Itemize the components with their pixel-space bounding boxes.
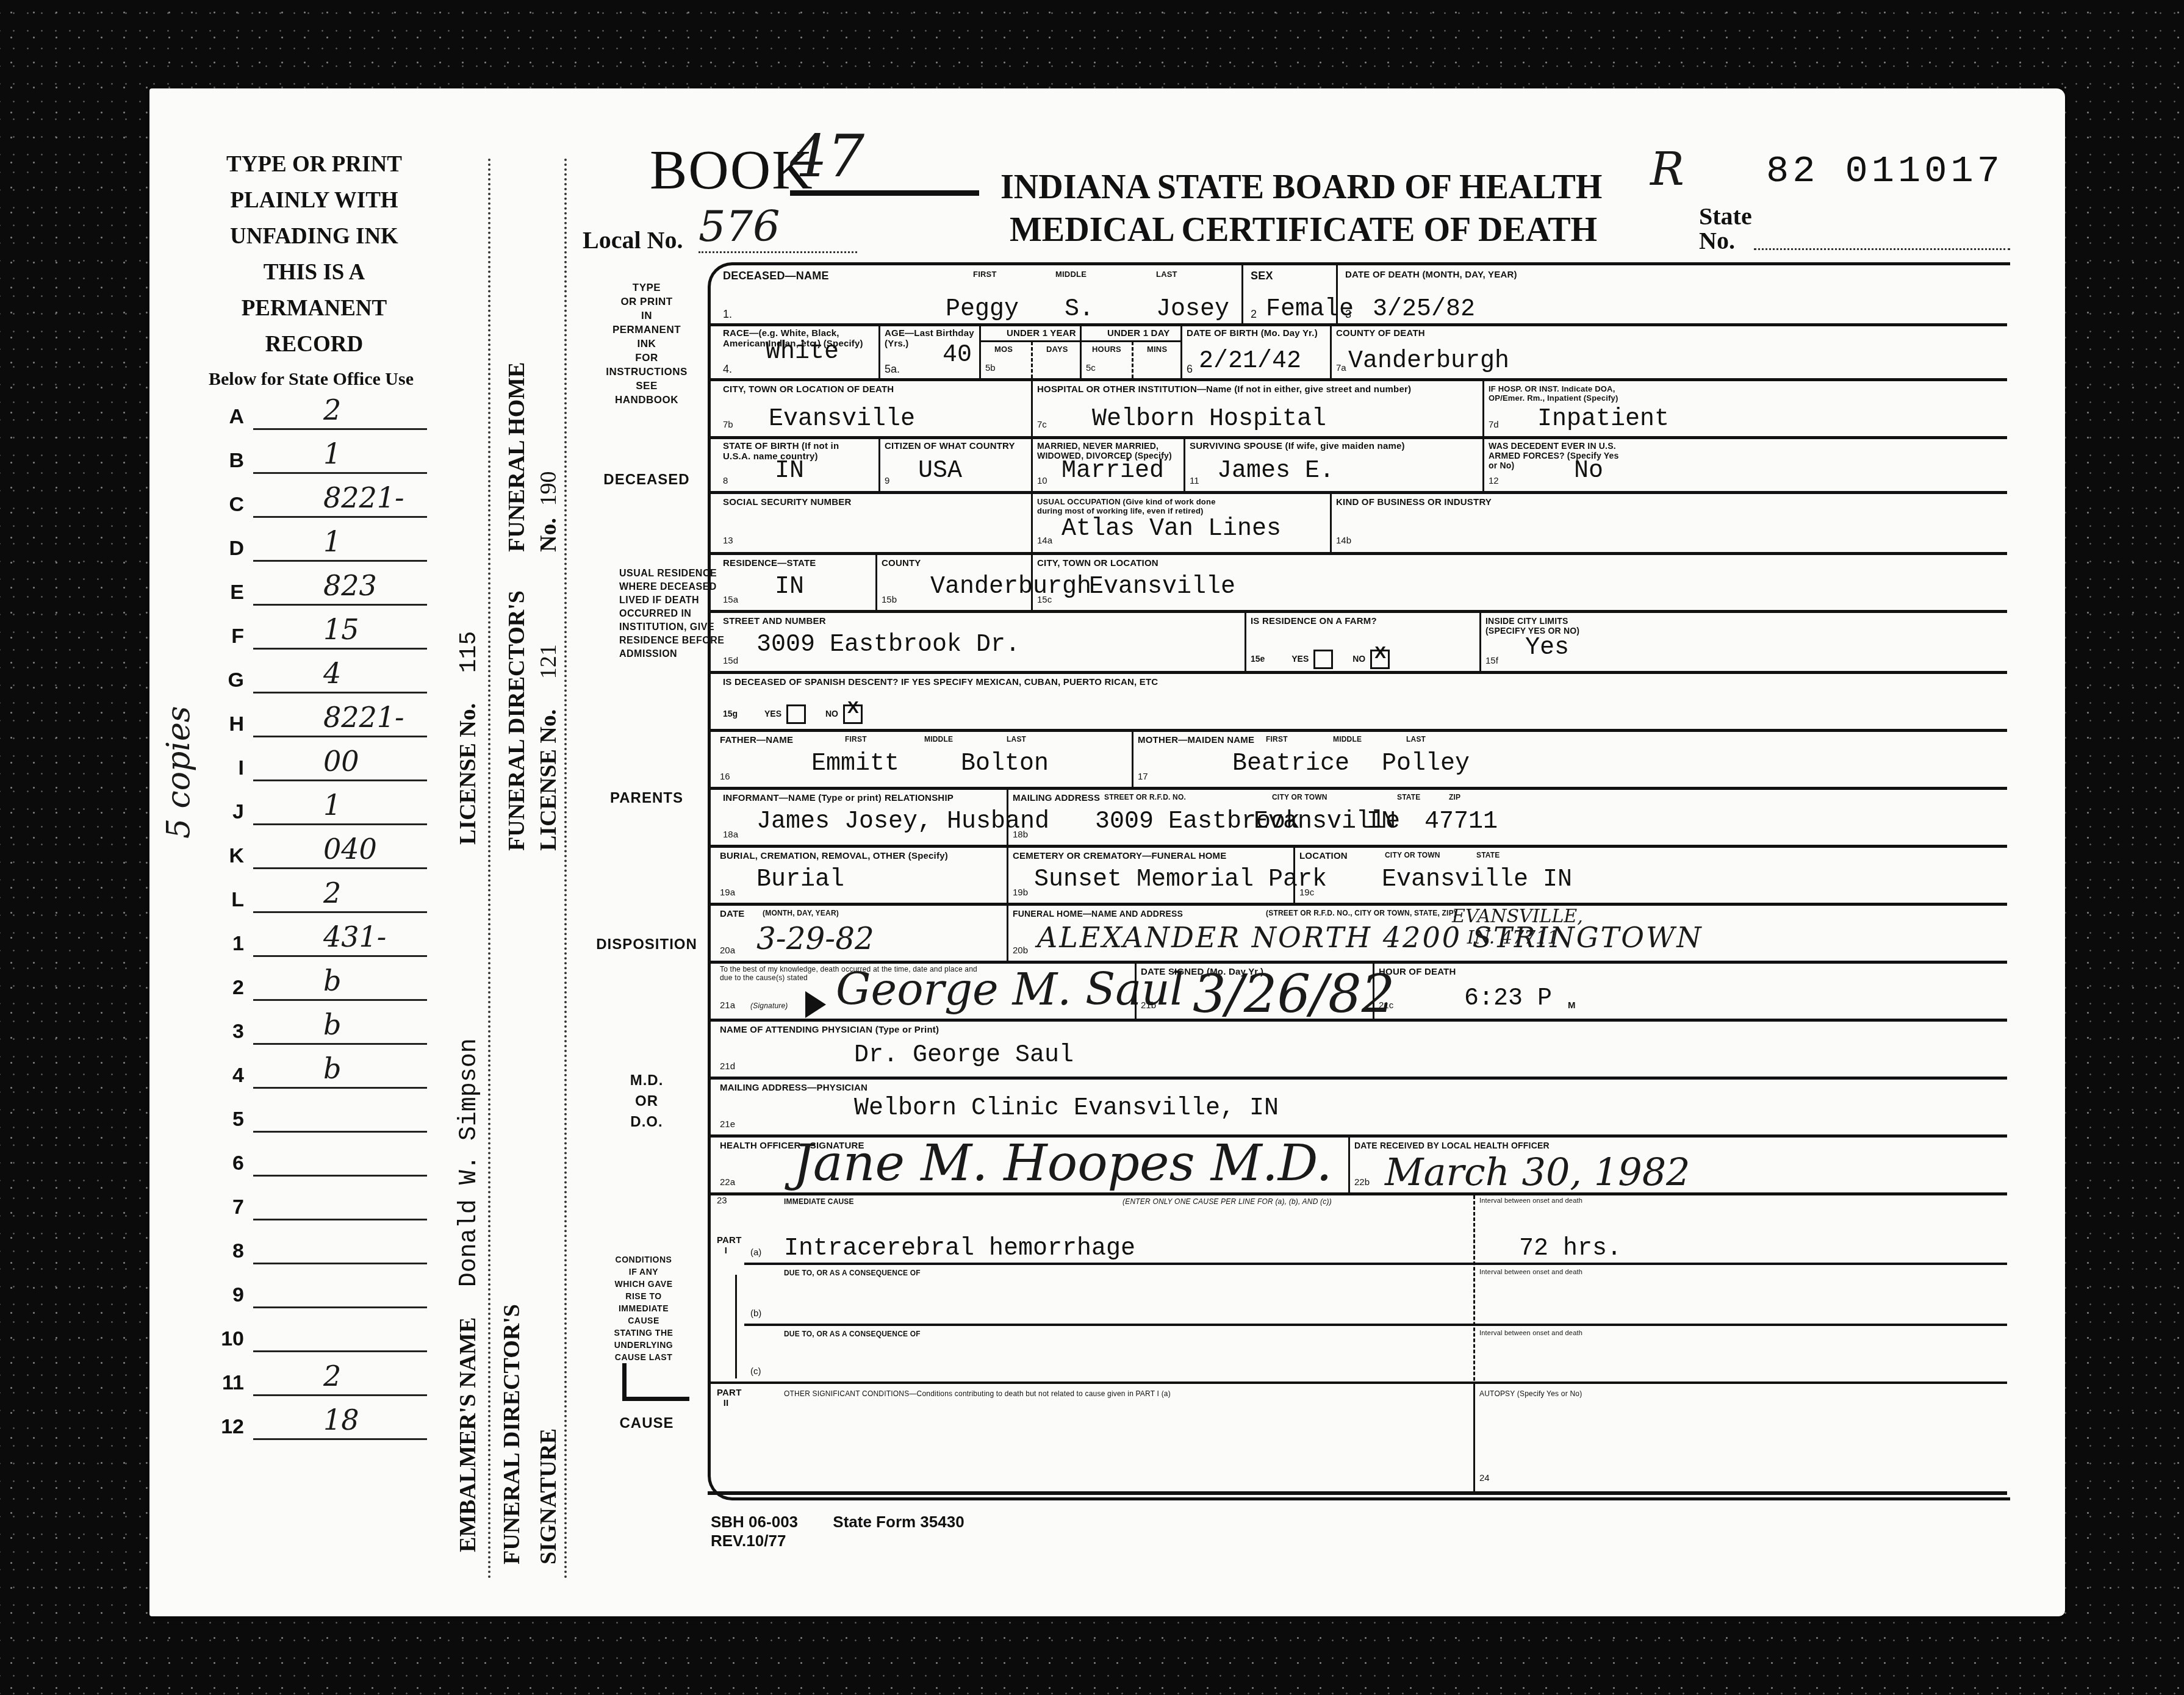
fields-cause-b-label-text: (b) (750, 1308, 761, 1319)
funeral-home-city[interactable]: EVANSVILLE, IN. 47711 (1452, 906, 1574, 948)
section-labels-conditions-note-2-text: WHICH GAVE (577, 1278, 711, 1290)
state-of-birth[interactable]: IN (775, 457, 804, 485)
state-office-row: A2 (207, 393, 427, 430)
fields-hosp-status-label-text: IF HOSP. OR INST. Indicate DOA, OP/Emer.… (1489, 384, 1623, 403)
fields-autopsy-label-text: AUTOPSY (Specify Yes or No) (1479, 1389, 1582, 1398)
date-of-birth[interactable]: 2/21/42 (1199, 348, 1301, 375)
fields-certifier-num-text: 21a (720, 1000, 735, 1011)
residence-street[interactable]: 3009 Eastbrook Dr. (756, 631, 1020, 659)
attending-physician[interactable]: Dr. George Saul (854, 1042, 1074, 1069)
fields-citizen-num-text: 9 (885, 476, 889, 486)
signature-arrow-icon (805, 991, 826, 1018)
funeral-director-label: FUNERAL DIRECTOR'S (503, 590, 530, 851)
fields-spanish-no-label-text: NO (825, 709, 838, 718)
certifier-signature[interactable]: George M. Saul (836, 964, 1184, 1015)
section-deceased: DECEASED (577, 471, 717, 489)
section-labels-conditions-note-8-text: CAUSE LAST (577, 1351, 711, 1363)
state-office-row: E823 (207, 569, 427, 606)
instructions-note: TYPEOR PRINTINPERMANENTINKFORINSTRUCTION… (577, 281, 717, 407)
fields-spanish-label-text: IS DECEASED OF SPANISH DESCENT? IF YES S… (723, 677, 1158, 687)
section-labels-instructions-6-text: INSTRUCTIONS (577, 365, 717, 379)
section-parents: PARENTS (577, 790, 717, 807)
fields-cause-a-label-text: (a) (750, 1247, 761, 1258)
state-no-stamp[interactable]: 82 011017 (1766, 149, 2003, 193)
date-received[interactable]: March 30, 1982 (1385, 1150, 1690, 1194)
fields-sex-label-text: SEX (1251, 270, 1273, 282)
fields-cause-due-to-label-text: DUE TO, OR AS A CONSEQUENCE OF (784, 1269, 921, 1277)
deceased-first-name[interactable]: Peggy (946, 296, 1019, 323)
fields-date-of-birth-label-text: DATE OF BIRTH (Mo. Day Yr.) (1187, 328, 1318, 339)
section-labels-instructions-3-text: PERMANENT (577, 323, 717, 337)
fields-mailing-num-text: 18b (1013, 830, 1028, 840)
fields-disp-date-label-text: DATE (720, 909, 745, 919)
funeral-director-license: LICENSE No. 121 (535, 644, 562, 851)
fields-under-1-day-num-text: 5c (1086, 363, 1096, 373)
fields-cause-interval-label-text: Interval between onset and death (1479, 1197, 1582, 1205)
left-column-state-office-rows-5-value-text[interactable]: 15 (323, 613, 359, 646)
fields-funeral-home-num-text: 20b (1013, 945, 1028, 956)
vertical-fields-fd-license-no-text[interactable]: 121 (536, 644, 561, 679)
fields-hospital-label-text: HOSPITAL OR OTHER INSTITUTION—Name (If n… (1037, 384, 1411, 395)
state-office-row: 1431- (207, 920, 427, 957)
fields-disp-date-num-text: 20a (720, 945, 735, 956)
state-office-row: 3b (207, 1008, 427, 1045)
fields-physician-address-num-text: 21e (720, 1119, 735, 1130)
fields-sex-num-text: 2 (1251, 308, 1257, 321)
fields-date-of-death-label-text: DATE OF DEATH (MONTH, DAY, YEAR) (1345, 270, 1517, 280)
left-column-state-office-rows-0-value-text[interactable]: 2 (323, 393, 341, 426)
arrow-right-icon (622, 1397, 689, 1401)
deceased-middle-name[interactable]: S. (1065, 296, 1094, 323)
surviving-spouse[interactable]: James E. (1217, 457, 1334, 485)
embalmer-license-label: LICENSE No. 115 (454, 631, 483, 845)
left-column-state-office-rows-22-key-text: 11 (195, 1371, 244, 1395)
title-line-2: MEDICAL CERTIFICATE OF DEATH (1010, 210, 1597, 249)
fields-hour-of-death-num-text: 21c (1379, 1000, 1393, 1011)
fields-ssn-num-text: 13 (723, 536, 733, 546)
state-office-row: C8221- (207, 481, 427, 518)
fields-citizen-label-text: CITIZEN OF WHAT COUNTRY (885, 441, 1015, 451)
left-column-state-office-rows-10-value-text[interactable]: 040 (323, 833, 377, 865)
hour-of-death[interactable]: 6:23 P (1464, 985, 1552, 1012)
left-column-state-office-rows-13-key-text: 2 (195, 976, 244, 1000)
fields-mailing-city-label-text: CITY OR TOWN (1272, 793, 1327, 801)
vertical-fields-embalmer-label-text: EMBALMER'S NAME (455, 1317, 481, 1552)
fields-under-1-year-num-text: 5b (985, 363, 996, 373)
father-last-name[interactable]: Bolton (961, 750, 1049, 778)
section-labels-conditions-note-3-text: RISE TO (577, 1290, 711, 1302)
fields-location-label-text: LOCATION (1299, 851, 1348, 861)
certificate-form: DECEASED—NAME FIRST MIDDLE LAST 1. Peggy… (708, 262, 2010, 1497)
left-column-state-office-rows-10-key-text: K (195, 844, 244, 868)
left-column-notice-1-text: PLAINLY WITH (204, 182, 424, 218)
fields-father-middle-label-text: MIDDLE (924, 735, 953, 744)
fields-location-num-text: 19c (1299, 887, 1314, 898)
section-disposition: DISPOSITION (577, 936, 717, 953)
left-column-state-office-rows-9-key-text: J (195, 800, 244, 824)
fields-cemetery-num-text: 19b (1013, 887, 1028, 898)
disposition-type[interactable]: Burial (756, 866, 844, 894)
fields-disp-date-sub-label-text: (MONTH, DAY, YEAR) (763, 909, 839, 917)
section-labels-conditions-note-0-text: CONDITIONS (577, 1253, 711, 1266)
section-labels-instructions-4-text: INK (577, 337, 717, 351)
hospital-field[interactable]: Welborn Hospital (1092, 406, 1326, 433)
state-office-row: F15 (207, 613, 427, 650)
fields-under-1-day-mins-label-text: MINS (1147, 345, 1167, 354)
left-column-state-office-rows-9-value-text[interactable]: 1 (323, 789, 341, 822)
citizenship[interactable]: USA (918, 457, 962, 485)
left-column-notice-3-text: THIS IS A (204, 254, 424, 290)
residence-city[interactable]: Evansville (1089, 573, 1235, 601)
fields-occupation-label-text: USUAL OCCUPATION (Give kind of work done… (1037, 497, 1238, 515)
section-labels-instructions-5-text: FOR (577, 351, 717, 365)
left-column-state-office-rows-12-key-text: 1 (195, 932, 244, 956)
left-column-state-office-rows-12-value-text[interactable]: 431- (323, 920, 386, 953)
local-no[interactable]: 576 (699, 201, 857, 253)
left-column-notice-0-text: TYPE OR PRINT (204, 146, 424, 182)
left-column-state-office-rows-14-value-text[interactable]: b (323, 1008, 341, 1041)
fields-hour-of-death-suffix-text: M (1568, 1000, 1576, 1011)
death-certificate-page: TYPE OR PRINT PLAINLY WITH UNFADING INK … (149, 88, 2065, 1616)
fields-city-of-death-label-text: CITY, TOWN OR LOCATION OF DEATH (723, 384, 894, 395)
fields-res-county-num-text: 15b (882, 595, 897, 605)
book-number[interactable]: 47 (790, 122, 979, 196)
fields-date-received-label-text: DATE RECEIVED BY LOCAL HEALTH OFFICER (1354, 1141, 1550, 1150)
state-office-row: K040 (207, 833, 427, 869)
farm-yes-checkbox[interactable] (1313, 650, 1333, 669)
margin-note: 5 copies (160, 706, 197, 839)
fields-res-state-num-text: 15a (723, 595, 738, 605)
left-column-state-office-rows-1-value-text[interactable]: 1 (323, 437, 341, 470)
left-column-state-office-rows-3-key-text: D (195, 537, 244, 561)
funeral-home-label: FUNERAL HOME (503, 362, 530, 552)
state-office-row: 5 (207, 1096, 427, 1133)
fields-informant-label-text: INFORMANT—NAME (Type or print) (723, 793, 882, 803)
date-of-death[interactable]: 3/25/82 (1373, 296, 1475, 323)
fields-cause-num-text: 23 (717, 1195, 727, 1206)
fields-occupation-num-text: 14a (1037, 536, 1052, 546)
fields-physician-address-label-text: MAILING ADDRESS—PHYSICIAN (720, 1083, 867, 1093)
fields-spanish-yes-label-text: YES (764, 709, 781, 718)
informant-state[interactable]: IN (1367, 808, 1396, 836)
date-signed[interactable]: 3/26/82 (1193, 964, 1395, 1025)
left-column-state-office-rows-7-value-text[interactable]: 8221- (323, 701, 404, 734)
farm-no-checkbox[interactable] (1370, 650, 1390, 669)
fields-business-label-text: KIND OF BUSINESS OR INDUSTRY (1336, 497, 1492, 507)
fields-location-city-label-text: CITY OR TOWN (1385, 851, 1440, 859)
book-label: BOOK (650, 137, 814, 202)
fields-date-of-death-num-text: 3 (1345, 308, 1351, 321)
left-column-state-office-rows-22-value-text[interactable]: 2 (323, 1360, 341, 1392)
fields-county-of-death-label-text: COUNTY OF DEATH (1336, 328, 1425, 339)
state-office-row: 9 (207, 1272, 427, 1308)
embalmer-name-label: EMBALMER'S NAME Donald W. Simpson (454, 1038, 483, 1552)
perforation-line (564, 159, 567, 1580)
left-column-state-office-rows-2-value-text[interactable]: 8221- (323, 481, 404, 514)
header-state-no-label-1-text: State (1699, 204, 1752, 229)
left-column-state-office-rows-7-key-text: H (195, 712, 244, 736)
left-column-state-office-rows-8-value-text[interactable]: 00 (323, 745, 359, 778)
county-of-death[interactable]: Vanderburgh (1348, 348, 1509, 375)
section-labels-conditions-note-5-text: CAUSE (577, 1314, 711, 1327)
fields-age-num-text: 5a. (885, 363, 900, 376)
fields-mailing-street-label-text: STREET OR R.F.D. NO. (1104, 793, 1186, 801)
fields-farm-no-label-text: NO (1352, 654, 1365, 664)
fields-under-1-day-hours-label-text: HOURS (1092, 345, 1121, 354)
left-column-state-office-rows-11-value-text[interactable]: 2 (323, 876, 341, 909)
section-labels-md-0-text: M.D. (577, 1070, 717, 1091)
fields-informant-rel-label-text: RELATIONSHIP (885, 793, 954, 803)
section-labels-conditions-note-7-text: UNDERLYING (577, 1339, 711, 1351)
signature-label: SIGNATURE (535, 1428, 562, 1564)
informant-zip[interactable]: 47711 (1424, 808, 1498, 836)
fields-farm-label-text: IS RESIDENCE ON A FARM? (1251, 616, 1377, 626)
armed-forces[interactable]: No (1574, 457, 1603, 485)
fields-deceased-name-middle-label-text: MIDDLE (1055, 270, 1087, 279)
form-revision: REV.10/77 (711, 1532, 964, 1550)
state-office-row: I00 (207, 745, 427, 781)
section-labels-md-1-text: OR (577, 1091, 717, 1112)
health-officer-signature[interactable]: Jane M. Hoopes M.D. (793, 1134, 1332, 1192)
spanish-yes-checkbox[interactable] (786, 704, 806, 724)
state-office-row: 4b (207, 1052, 427, 1089)
left-column-state-office-rows-16-key-text: 5 (195, 1108, 244, 1131)
spanish-checkboxes: 15g YES NO (723, 704, 867, 724)
age-field[interactable]: 40 (943, 342, 972, 369)
state-office-row: 7 (207, 1184, 427, 1220)
state-office-row: B1 (207, 437, 427, 474)
section-labels-conditions-note-4-text: IMMEDIATE (577, 1302, 711, 1314)
left-column-state-office-rows-3-value-text[interactable]: 1 (323, 525, 341, 558)
fields-race-num-text: 4. (723, 363, 732, 376)
fields-disposition-type-label-text: BURIAL, CREMATION, REMOVAL, OTHER (Speci… (720, 851, 948, 861)
state-office-row: 8 (207, 1228, 427, 1264)
fields-mother-first-label-text: FIRST (1266, 735, 1288, 744)
disposition-date[interactable]: 3-29-82 (756, 921, 874, 956)
fields-autopsy-num-text: 24 (1479, 1473, 1490, 1483)
form-footer: SBH 06-003 State Form 35430 REV.10/77 (711, 1513, 964, 1550)
fields-cause-immediate-label-text: IMMEDIATE CAUSE (784, 1197, 854, 1206)
fields-city-of-death-num-text: 7b (723, 420, 733, 430)
fields-county-of-death-num-text: 7a (1336, 363, 1346, 373)
father-first-name[interactable]: Emmitt (811, 750, 899, 778)
vertical-fields-funeral-home-no-text[interactable]: 190 (536, 471, 561, 506)
left-column-state-office-rows-15-key-text: 4 (195, 1064, 244, 1088)
section-labels-conditions-note-1-text: IF ANY (577, 1266, 711, 1278)
fields-mother-last-label-text: LAST (1406, 735, 1426, 744)
fields-cause-c-label-text: (c) (750, 1366, 761, 1377)
fields-under-1-year-days-label-text: DAYS (1046, 345, 1068, 354)
fields-father-first-label-text: FIRST (845, 735, 867, 744)
deceased-last-name[interactable]: Josey (1156, 296, 1229, 323)
conditions-note: CONDITIONSIF ANYWHICH GAVERISE TOIMMEDIA… (577, 1253, 711, 1363)
left-column-state-office-rows-13-value-text[interactable]: b (323, 964, 341, 997)
vertical-fields-license-label-text: LICENSE No. (455, 703, 481, 845)
fields-spouse-label-text: SURVIVING SPOUSE (If wife, give maiden n… (1190, 441, 1405, 451)
race-field[interactable]: White (766, 339, 839, 366)
fields-mother-label-text: MOTHER—MAIDEN NAME (1138, 735, 1254, 745)
permanent-record-notice: TYPE OR PRINT PLAINLY WITH UNFADING INK … (204, 146, 424, 362)
state-office-row: 2b (207, 964, 427, 1001)
fields-deceased-name-label-text: DECEASED—NAME (723, 270, 829, 282)
fields-cause-due-to-label-text: DUE TO, OR AS A CONSEQUENCE OF (784, 1330, 921, 1338)
marital-status[interactable]: Married (1061, 457, 1164, 485)
residence-state[interactable]: IN (775, 573, 804, 601)
farm-checkboxes: 15e YES NO (1251, 650, 1395, 669)
spanish-no-checkbox[interactable] (843, 704, 863, 724)
fields-city-limits-num-text: 15f (1485, 656, 1498, 666)
cause-a-interval[interactable]: 72 hrs. (1519, 1235, 1622, 1263)
city-of-death[interactable]: Evansville (769, 406, 915, 433)
section-labels-instructions-0-text: TYPE (577, 281, 717, 295)
left-column-state-office-rows-0-key-text: A (195, 405, 244, 429)
fields-farm-yes-label-text: YES (1291, 654, 1309, 664)
fields-spanish-num-text: 15g (723, 709, 738, 718)
fields-health-officer-num-text: 22a (720, 1177, 735, 1188)
fields-mailing-zip-label-text: ZIP (1449, 793, 1460, 801)
section-labels-instructions-7-text: SEE (577, 379, 717, 393)
left-column-notice-4-text: PERMANENT (204, 290, 424, 326)
fields-armed-forces-label-text: WAS DECEDENT EVER IN U.S. ARMED FORCES? … (1489, 441, 1629, 470)
vertical-fields-funeral-home-no-label-text: No. (536, 518, 561, 552)
state-office-row: 10 (207, 1316, 427, 1352)
state-office-row: 112 (207, 1360, 427, 1396)
left-column-state-office-rows-21-key-text: 10 (195, 1327, 244, 1351)
fields-cause-part1-text: PART I (717, 1235, 735, 1256)
residence-county[interactable]: Vanderburgh (930, 573, 1091, 601)
fields-business-num-text: 14b (1336, 536, 1351, 546)
fields-armed-forces-num-text: 12 (1489, 476, 1499, 486)
disposition-location[interactable]: Evansville IN (1382, 866, 1572, 894)
margin-mark: R (1650, 143, 1684, 196)
left-column-state-office-rows-4-value-text[interactable]: 823 (323, 569, 377, 602)
perforation-line (488, 159, 490, 1580)
informant-name[interactable]: James Josey, Husband (756, 808, 1049, 836)
left-column-state-office-rows-4-key-text: E (195, 581, 244, 604)
left-column-state-office-rows-23-value-text[interactable]: 18 (323, 1403, 359, 1436)
fields-cause-interval-label-text: Interval between onset and death (1479, 1330, 1582, 1337)
hospital-status[interactable]: Inpatient (1537, 406, 1669, 433)
fields-physician-num-text: 21d (720, 1061, 735, 1072)
local-no-label: Local No. (583, 226, 683, 254)
left-column-state-office-rows-23-key-text: 12 (195, 1415, 244, 1439)
funeral-director-signature-label: FUNERAL DIRECTOR'S (498, 1304, 525, 1564)
fields-under-1-year-label-text: UNDER 1 YEAR (1007, 328, 1076, 339)
vertical-fields-fd-license-label-text: LICENSE No. (536, 709, 561, 851)
fields-res-county-label-text: COUNTY (882, 558, 921, 568)
fields-state-of-birth-num-text: 8 (723, 476, 728, 486)
fields-cause-instruction-text: (ENTER ONLY ONE CAUSE PER LINE FOR (a), … (1123, 1197, 1332, 1206)
mother-last-name[interactable]: Polley (1382, 750, 1470, 778)
state-office-row: D1 (207, 525, 427, 562)
state-office-row: H8221- (207, 701, 427, 737)
header-state-no-label-2-text: No. (1699, 229, 1752, 253)
fields-mother-num-text: 17 (1138, 772, 1148, 782)
state-form-number: State Form 35430 (833, 1513, 964, 1531)
fields-father-last-label-text: LAST (1007, 735, 1026, 744)
inside-city-limits[interactable]: Yes (1525, 634, 1569, 662)
section-cause: CAUSE (577, 1415, 717, 1432)
left-column-state-office-rows-18-key-text: 7 (195, 1195, 244, 1219)
section-labels-instructions-2-text: IN (577, 309, 717, 323)
occupation-field[interactable]: Atlas Van Lines (1061, 515, 1281, 543)
fields-mother-middle-label-text: MIDDLE (1333, 735, 1362, 744)
fields-hour-of-death-label-text: HOUR OF DEATH (1379, 967, 1456, 977)
left-column-state-office-rows-8-key-text: I (195, 756, 244, 780)
left-column-state-office-rows-5-key-text: F (195, 625, 244, 648)
state-office-row: J1 (207, 789, 427, 825)
left-column-state-office-rows-11-key-text: L (195, 888, 244, 912)
fields-physician-label-text: NAME OF ATTENDING PHYSICIAN (Type or Pri… (720, 1025, 939, 1035)
section-labels-instructions-8-text: HANDBOOK (577, 393, 717, 407)
fields-father-label-text: FATHER—NAME (720, 735, 793, 745)
fields-location-state-label-text: STATE (1476, 851, 1500, 859)
section-labels-md-2-text: D.O. (577, 1112, 717, 1133)
fields-under-1-year-mos-label-text: MOS (994, 345, 1013, 354)
left-column-state-office-rows-15-value-text[interactable]: b (323, 1052, 341, 1085)
embalmer-name[interactable]: Donald W. Simpson (456, 1038, 483, 1287)
fields-date-signed-num-text: 21b (1141, 1000, 1156, 1011)
fields-mailing-state-label-text: STATE (1397, 793, 1421, 801)
fields-res-street-label-text: STREET AND NUMBER (723, 616, 826, 626)
cause-a[interactable]: Intracerebral hemorrhage (784, 1235, 1135, 1263)
state-no-label: StateNo. (1699, 204, 1752, 253)
fields-funeral-home-addr-label-text: (STREET OR R.F.D. NO., CITY OR TOWN, STA… (1266, 909, 1456, 917)
fields-deceased-name-first-label-text: FIRST (973, 270, 997, 279)
left-column-state-office-rows-6-value-text[interactable]: 4 (323, 657, 341, 690)
state-office-row: 6 (207, 1140, 427, 1177)
mother-first-name[interactable]: Beatrice (1232, 750, 1349, 778)
physician-address[interactable]: Welborn Clinic Evansville, IN (854, 1095, 1279, 1122)
fields-res-city-num-text: 15c (1037, 595, 1052, 605)
left-column-notice-2-text: UNFADING INK (204, 218, 424, 254)
sex-field[interactable]: Female (1266, 296, 1354, 323)
fields-mailing-label-text: MAILING ADDRESS (1013, 793, 1100, 803)
funeral-home-address[interactable]: ALEXANDER NORTH 4200 STRINGTOWN (1037, 921, 1703, 954)
embalmer-license-no[interactable]: 115 (456, 631, 483, 673)
title-line-1: INDIANA STATE BOARD OF HEALTH (1000, 168, 1602, 207)
fields-ssn-label-text: SOCIAL SECURITY NUMBER (723, 497, 852, 507)
fields-father-num-text: 16 (720, 772, 730, 782)
left-column-state-office-rows-20-key-text: 9 (195, 1283, 244, 1307)
fields-date-received-num-text: 22b (1354, 1177, 1370, 1188)
left-column-state-office-rows-2-key-text: C (195, 493, 244, 517)
fields-hospital-num-text: 7c (1037, 420, 1047, 430)
fields-city-limits-label-text: INSIDE CITY LIMITS (SPECIFY YES OR NO) (1485, 616, 1589, 636)
left-column-state-office-rows-1-key-text: B (195, 449, 244, 473)
left-column-state-office-rows-19-key-text: 8 (195, 1239, 244, 1263)
state-no-line (1754, 248, 2010, 250)
left-column-state-office-rows-17-key-text: 6 (195, 1152, 244, 1175)
fields-under-1-day-label-text: UNDER 1 DAY (1107, 328, 1170, 339)
left-column-state-office-rows-14-key-text: 3 (195, 1020, 244, 1044)
fields-cause-interval-label-text: Interval between onset and death (1479, 1269, 1582, 1276)
funeral-home-no: No. 190 (535, 471, 562, 552)
fields-deceased-name-num-text: 1. (723, 308, 732, 321)
fields-deceased-name-last-label-text: LAST (1156, 270, 1177, 279)
fields-res-state-label-text: RESIDENCE—STATE (723, 558, 816, 568)
state-office-use-label: Below for State Office Use (183, 369, 439, 390)
cemetery-field[interactable]: Sunset Memorial Park (1034, 866, 1327, 894)
fields-date-of-birth-num-text: 6 (1187, 363, 1193, 376)
section-labels-conditions-note-6-text: STATING THE (577, 1327, 711, 1339)
arrow-stem (622, 1363, 627, 1400)
fields-informant-num-text: 18a (723, 830, 738, 840)
fields-certifier-sig-label-text: (Signature) (750, 1002, 788, 1010)
state-office-row: L2 (207, 876, 427, 913)
fields-spouse-num-text: 11 (1190, 476, 1199, 486)
fields-farm-num-text: 15e (1251, 654, 1265, 664)
